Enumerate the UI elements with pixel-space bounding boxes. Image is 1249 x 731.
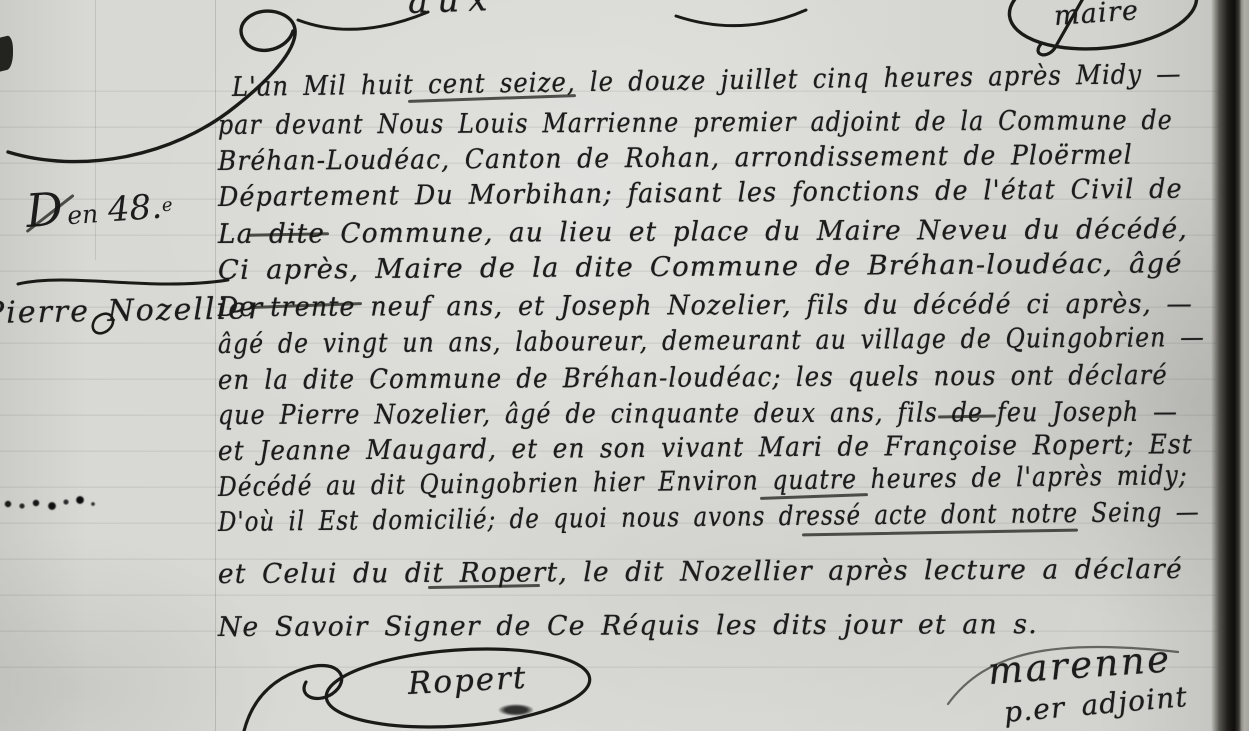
previous-record-fragment: aux <box>407 0 497 22</box>
flourish-top-cut-2 <box>676 10 806 26</box>
manuscript-line-9: en la dite Commune de Bréhan-loudéac; le… <box>218 360 1168 396</box>
manuscript-line-5: La dite Commune, au lieu et place du Mai… <box>218 214 1188 250</box>
margin-record-infix: en <box>66 199 99 230</box>
flourish-paraph-bottom-left <box>244 665 342 731</box>
signature-ink-smudge <box>488 700 544 720</box>
manuscript-line-3: Bréhan-Loudéac, Canton de Rohan, arrondi… <box>218 140 1133 177</box>
margin-record-suffix: e <box>161 195 173 217</box>
manuscript-line-10: que Pierre Nozelier, âgé de cinquante de… <box>218 397 1178 431</box>
signature-ropert: Ropert <box>407 660 528 702</box>
manuscript-line-7: De trente neuf ans, et Joseph Nozelier, … <box>218 289 1193 323</box>
margin-record-value: 48. <box>107 187 164 231</box>
manuscript-line-15: Ne Savoir Signer de Ce Réquis les dits j… <box>218 609 1038 643</box>
margin-rule-line <box>215 0 216 731</box>
manuscript-line-2: par devant Nous Louis Marrienne premier … <box>218 105 1173 141</box>
seal-maire-label: maire <box>1053 0 1140 32</box>
manuscript-line-14: et Celui du dit Ropert, le dit Nozellier… <box>218 554 1183 590</box>
manuscript-scan: aux maire Den48.e Pierre Nozellier L'an … <box>0 0 1249 731</box>
ink-smudge <box>0 494 100 514</box>
page-binding-edge <box>1211 0 1249 731</box>
